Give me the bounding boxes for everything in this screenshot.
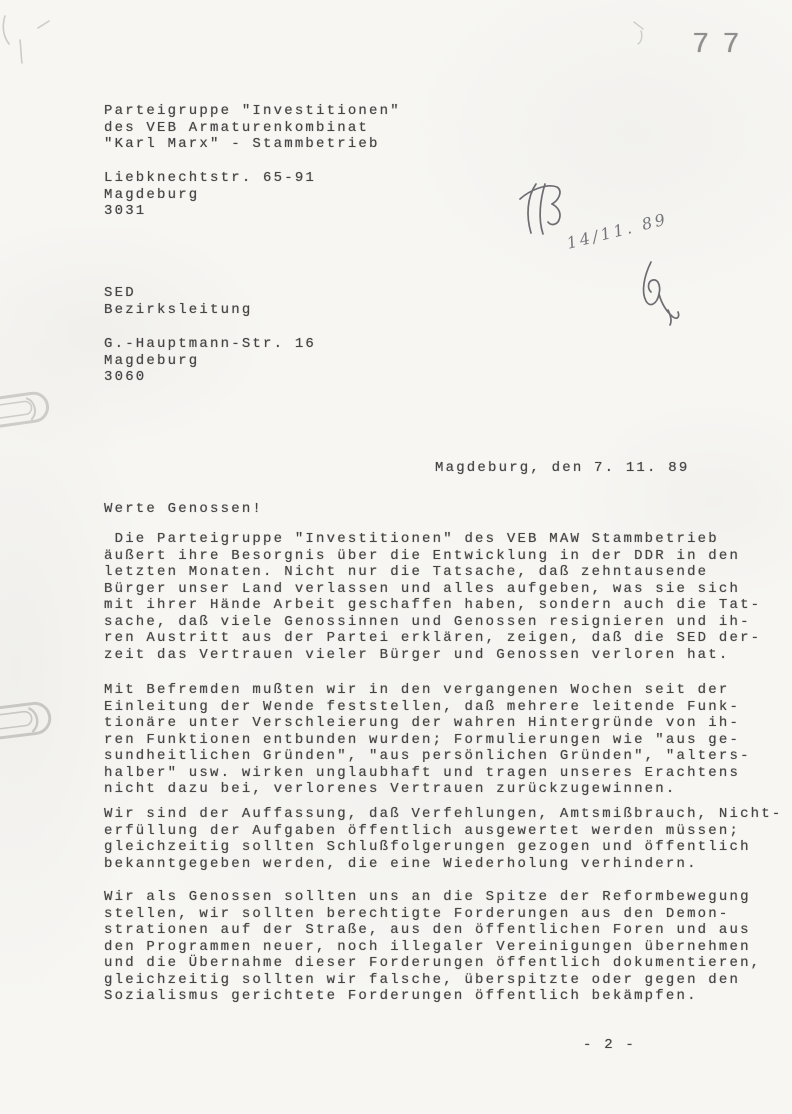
scanned-letter-page: 77 Parteigruppe "Investitionen" des VEB … <box>0 0 792 1114</box>
page-footer: - 2 - <box>583 1037 636 1054</box>
letter-paragraph-3: Wir sind der Auffassung, daß Verfehlunge… <box>104 806 783 872</box>
folio-page-number: 77 <box>692 28 753 61</box>
salutation: Werte Genossen! <box>104 501 263 518</box>
recipient-name: SED Bezirksleitung <box>104 285 252 318</box>
dateline: Magdeburg, den 7. 11. 89 <box>435 460 689 477</box>
binder-clip-mark-top <box>0 391 49 430</box>
letter-paragraph-2: Mit Befremden mußten wir in den vergange… <box>104 682 751 798</box>
sender-address: Liebknechtstr. 65-91 Magdeburg 3031 <box>104 170 316 220</box>
handwritten-signature-mark <box>644 262 679 325</box>
corner-pen-marks <box>3 16 49 63</box>
letter-paragraph-4: Wir als Genossen sollten uns an die Spit… <box>104 889 761 1005</box>
handwritten-initials-mark <box>520 184 560 234</box>
recipient-address: G.-Hauptmann-Str. 16 Magdeburg 3060 <box>104 336 316 386</box>
letter-paragraph-1: Die Parteigruppe "Investitionen" des VEB… <box>104 531 761 663</box>
sender-name: Parteigruppe "Investitionen" des VEB Arm… <box>104 103 401 153</box>
binder-clip-mark-bottom <box>0 702 51 742</box>
folio-pen-mark <box>634 22 643 44</box>
